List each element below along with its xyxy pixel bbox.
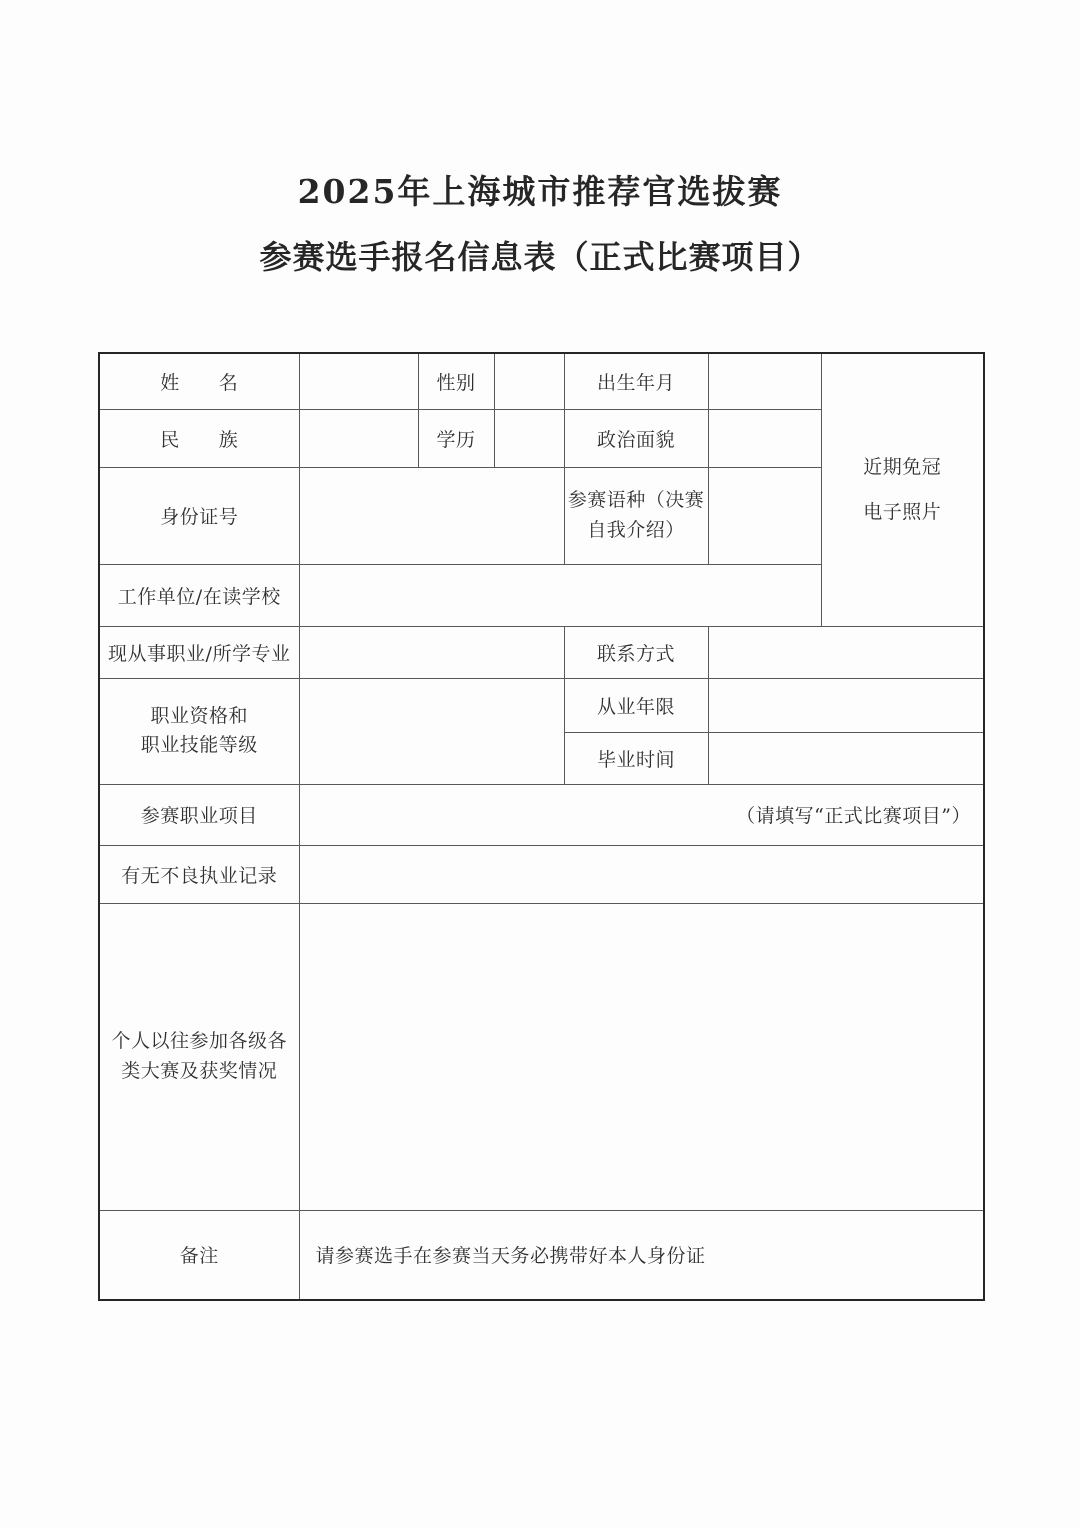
political-status-label: 政治面貌 bbox=[564, 409, 708, 467]
competition-language-label: 参赛语种（决赛 自我介绍） bbox=[564, 467, 708, 564]
row-award-history: 个人以往参加各级各 类大赛及获奖情况 bbox=[99, 903, 984, 1210]
political-status-input-cell[interactable] bbox=[708, 409, 821, 467]
current-occupation-label: 现从事职业/所学专业 bbox=[99, 626, 299, 678]
award-history-label: 个人以往参加各级各 类大赛及获奖情况 bbox=[99, 903, 299, 1210]
work-unit-label: 工作单位/在读学校 bbox=[99, 564, 299, 626]
title-line-1: 2025年上海城市推荐官选拔赛 bbox=[0, 172, 1080, 212]
photo-placeholder[interactable]: 近期免冠 电子照片 bbox=[821, 353, 984, 626]
row-qualification-1: 职业资格和 职业技能等级 从业年限 bbox=[99, 678, 984, 732]
remark-text: 请参赛选手在参赛当天务必携带好本人身份证 bbox=[299, 1210, 984, 1300]
row-competition-event: 参赛职业项目 （请填写“正式比赛项目”） bbox=[99, 784, 984, 845]
bad-record-label: 有无不良执业记录 bbox=[99, 845, 299, 903]
qualification-input-cell[interactable] bbox=[299, 678, 564, 784]
working-years-label: 从业年限 bbox=[564, 678, 708, 732]
name-input-cell[interactable] bbox=[299, 353, 418, 409]
gender-label: 性别 bbox=[418, 353, 494, 409]
id-number-label: 身份证号 bbox=[99, 467, 299, 564]
gender-input-cell[interactable] bbox=[494, 353, 564, 409]
contact-input-cell[interactable] bbox=[708, 626, 984, 678]
working-years-input-cell[interactable] bbox=[708, 678, 984, 732]
education-input-cell[interactable] bbox=[494, 409, 564, 467]
work-unit-input-cell[interactable] bbox=[299, 564, 821, 626]
award-history-input-cell[interactable] bbox=[299, 903, 984, 1210]
graduation-time-label: 毕业时间 bbox=[564, 732, 708, 784]
document-title: 2025年上海城市推荐官选拔赛 参赛选手报名信息表（正式比赛项目） bbox=[0, 172, 1080, 277]
competition-event-label: 参赛职业项目 bbox=[99, 784, 299, 845]
education-label: 学历 bbox=[418, 409, 494, 467]
row-bad-record: 有无不良执业记录 bbox=[99, 845, 984, 903]
birth-date-label: 出生年月 bbox=[564, 353, 708, 409]
ethnicity-label: 民 族 bbox=[99, 409, 299, 467]
remark-label: 备注 bbox=[99, 1210, 299, 1300]
registration-form-table: 姓 名 性别 出生年月 近期免冠 电子照片 民 族 学历 政治面貌 身份证号 参… bbox=[98, 352, 985, 1301]
id-number-input-cell[interactable] bbox=[299, 467, 564, 564]
competition-language-input-cell[interactable] bbox=[708, 467, 821, 564]
current-occupation-input-cell[interactable] bbox=[299, 626, 564, 678]
document-page: 2025年上海城市推荐官选拔赛 参赛选手报名信息表（正式比赛项目） 姓 名 性别… bbox=[0, 0, 1080, 1527]
row-remark: 备注 请参赛选手在参赛当天务必携带好本人身份证 bbox=[99, 1210, 984, 1300]
bad-record-input-cell[interactable] bbox=[299, 845, 984, 903]
row-occupation: 现从事职业/所学专业 联系方式 bbox=[99, 626, 984, 678]
row-name: 姓 名 性别 出生年月 近期免冠 电子照片 bbox=[99, 353, 984, 409]
birth-date-input-cell[interactable] bbox=[708, 353, 821, 409]
competition-event-input-cell[interactable]: （请填写“正式比赛项目”） bbox=[299, 784, 984, 845]
name-label: 姓 名 bbox=[99, 353, 299, 409]
title-line-2: 参赛选手报名信息表（正式比赛项目） bbox=[0, 237, 1080, 277]
qualification-label: 职业资格和 职业技能等级 bbox=[99, 678, 299, 784]
graduation-time-input-cell[interactable] bbox=[708, 732, 984, 784]
ethnicity-input-cell[interactable] bbox=[299, 409, 418, 467]
contact-label: 联系方式 bbox=[564, 626, 708, 678]
